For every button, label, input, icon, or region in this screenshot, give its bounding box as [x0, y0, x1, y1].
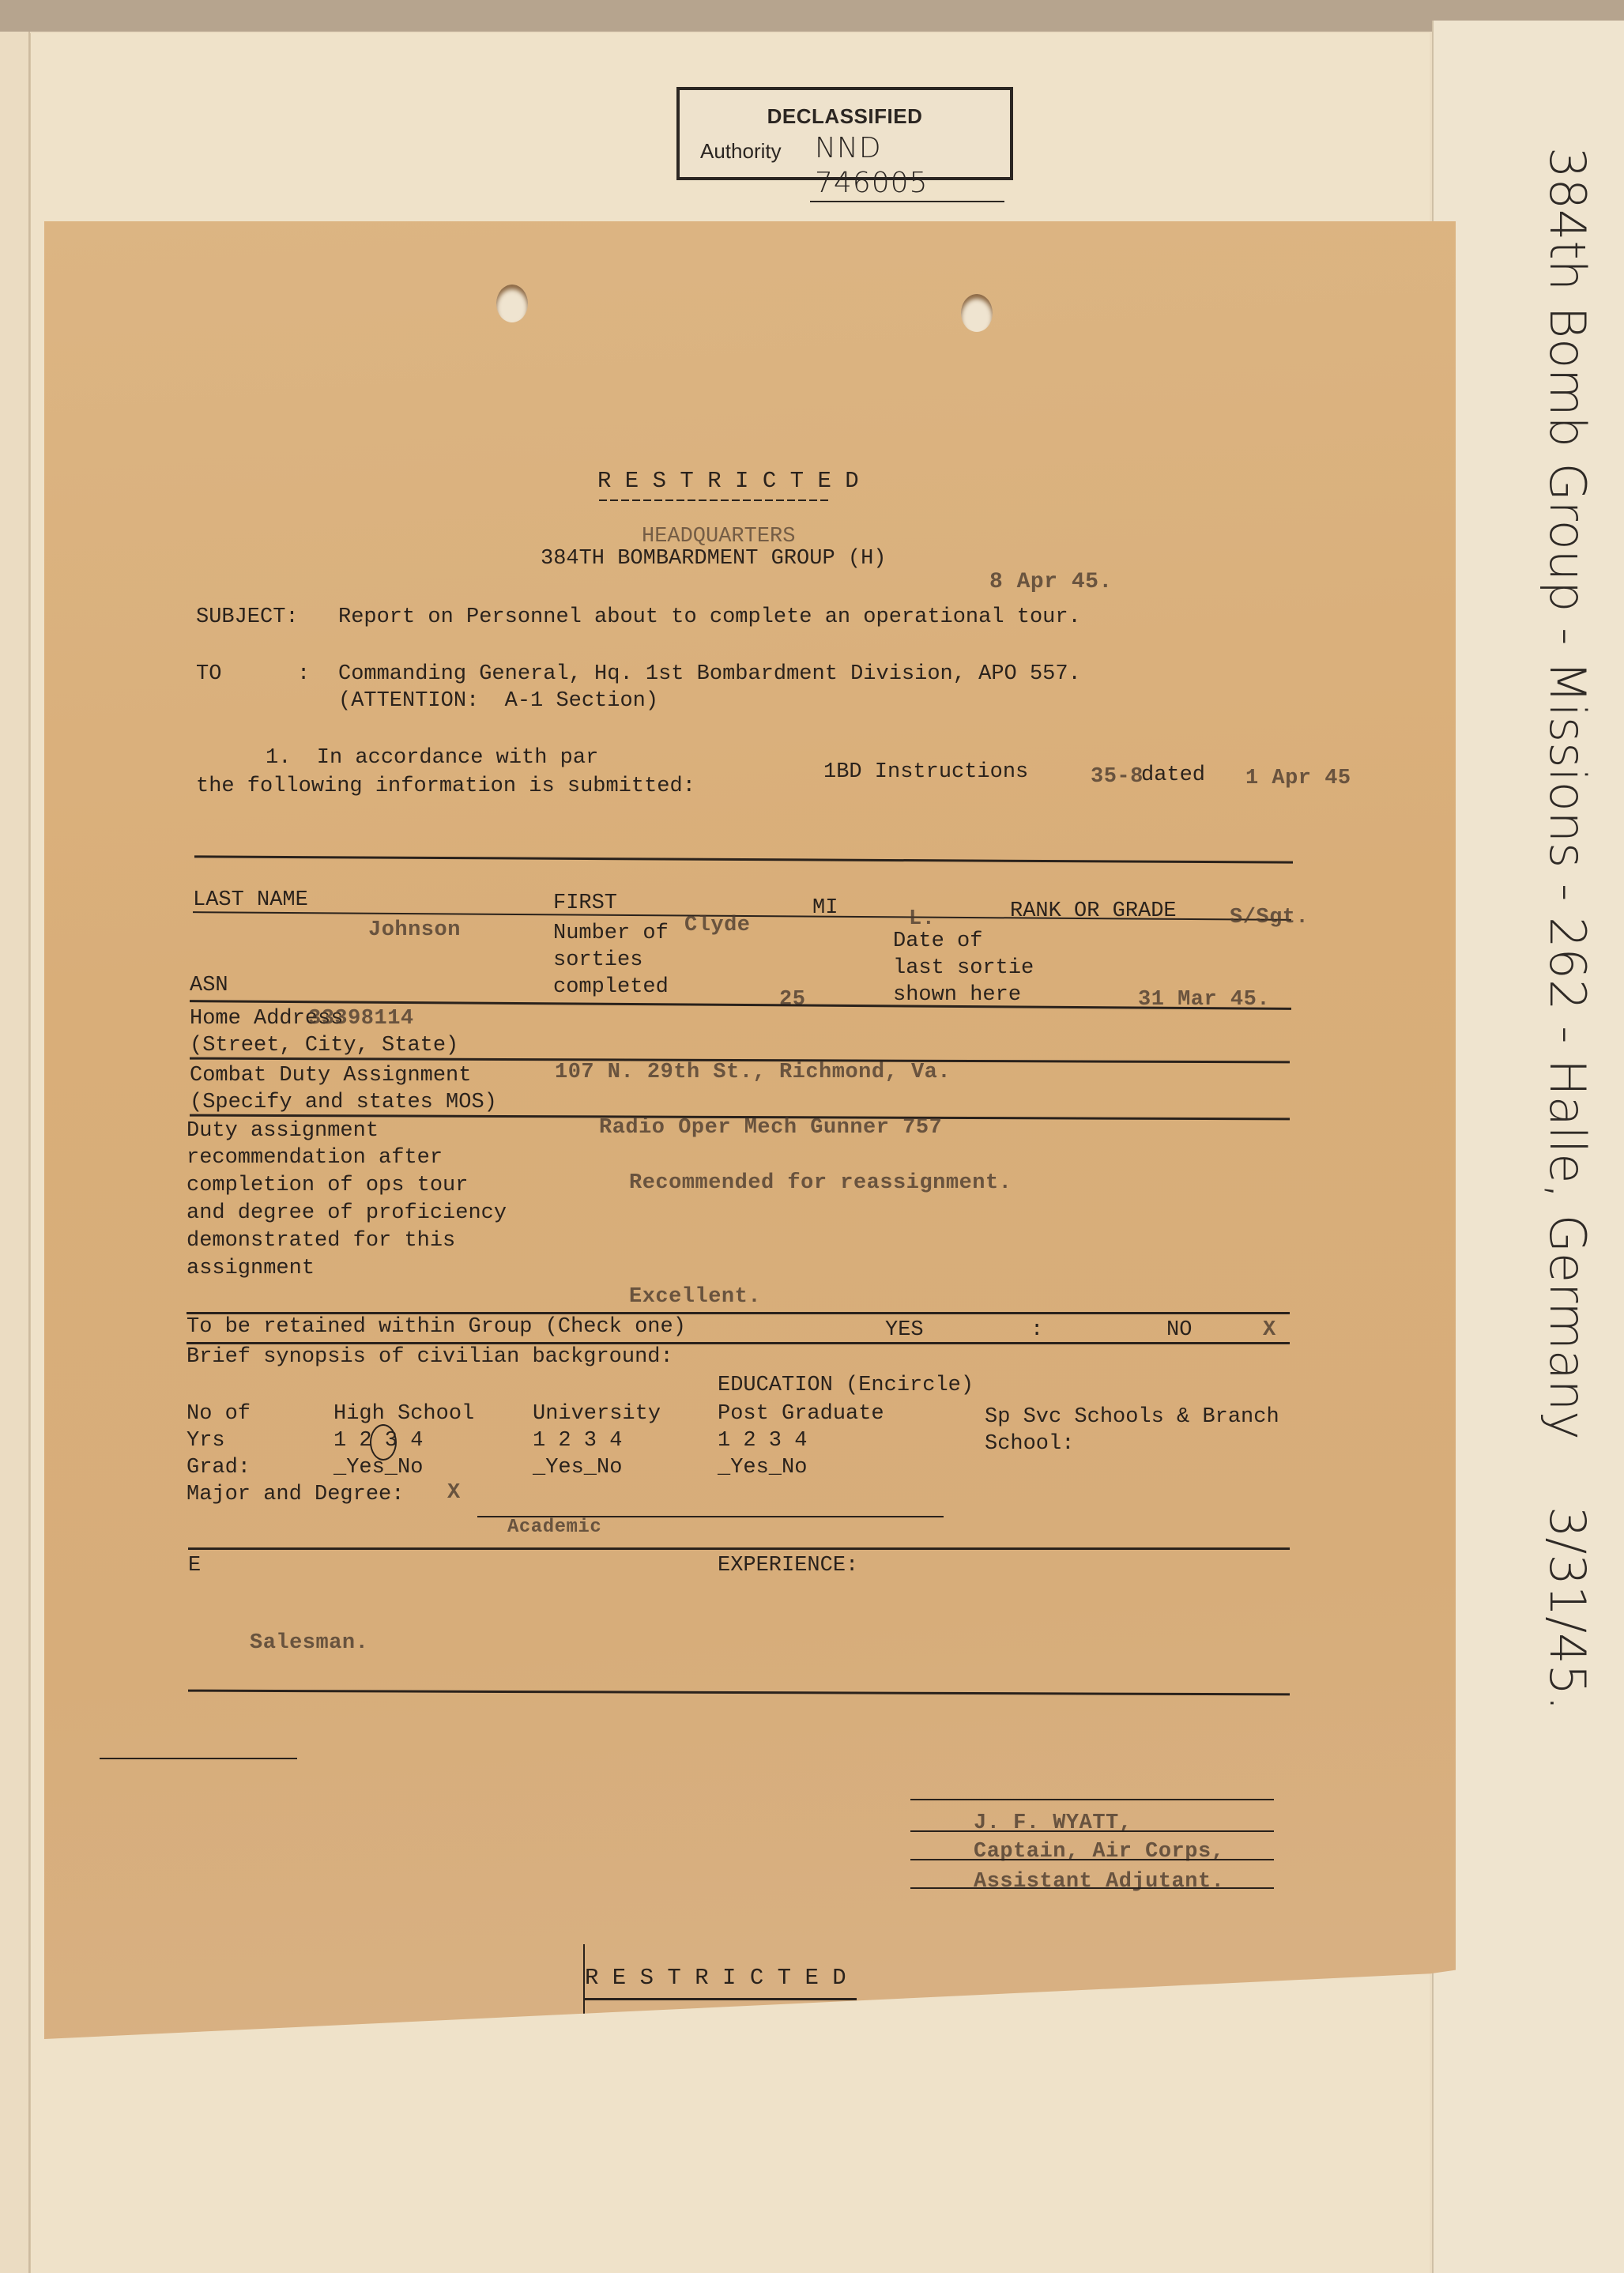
- duty-rec-label-1: Duty assignment: [187, 1118, 379, 1144]
- retained-label: To be retained within Group (Check one): [187, 1314, 686, 1340]
- signature-rank: Captain, Air Corps,: [974, 1838, 1224, 1865]
- combat-duty-label-2: (Specify and states MOS): [190, 1089, 497, 1116]
- asn-value: 33398114: [308, 1005, 414, 1032]
- sorties-label-3: completed: [553, 974, 669, 1001]
- last-name-value: Johnson: [368, 917, 461, 944]
- last-sortie-label-2: last sortie: [893, 955, 1034, 982]
- university-label: University: [533, 1400, 661, 1427]
- experience-bottom-rule: [188, 1690, 1290, 1696]
- punch-hole: [496, 285, 528, 322]
- duty-rec-label-4: and degree of proficiency: [187, 1200, 507, 1227]
- sorties-label-1: Number of: [553, 920, 669, 947]
- home-address-value: 107 N. 29th St., Richmond, Va.: [555, 1059, 951, 1086]
- retained-yes-option: YES: [885, 1317, 924, 1344]
- retained-no-option: NO: [1166, 1317, 1192, 1344]
- sp-svc-label-2: School:: [985, 1431, 1074, 1457]
- grad-label: Grad:: [187, 1454, 251, 1481]
- sorties-label-2: sorties: [553, 947, 642, 974]
- university-years: 1 2 3 4: [533, 1427, 622, 1454]
- education-label: EDUCATION (Encircle): [718, 1372, 974, 1399]
- experience-value: Salesman.: [250, 1630, 368, 1657]
- rank-value: S/Sgt.: [1230, 904, 1309, 931]
- last-name-label: LAST NAME: [193, 887, 308, 914]
- archive-label-sheet: 384th Bomb Group - Missions - 262 - Hall…: [1432, 21, 1624, 2273]
- home-address-label-2: (Street, City, State): [190, 1032, 458, 1059]
- civilian-background-label: Brief synopsis of civilian background:: [187, 1344, 673, 1370]
- dated-value: 1 Apr 45: [1245, 765, 1351, 792]
- punch-hole: [961, 294, 993, 332]
- duty-rec-label-2: recommendation after: [187, 1144, 443, 1171]
- rank-label: RANK OR GRADE: [1010, 898, 1177, 925]
- e-label: E: [188, 1552, 201, 1579]
- to-line-2: (ATTENTION: A-1 Section): [338, 688, 658, 714]
- high-school-grad: _Yes_No: [333, 1454, 423, 1481]
- experience-label: EXPERIENCE:: [718, 1552, 858, 1579]
- education-bottom-rule: [188, 1547, 1290, 1550]
- stamp-authority-label: Authority: [700, 139, 782, 164]
- staple-mark: [583, 1944, 585, 2023]
- no-of-label: No of: [187, 1400, 251, 1427]
- document-date: 8 Apr 45.: [989, 569, 1113, 596]
- signature-rule-3: [910, 1887, 1274, 1889]
- to-label: TO: [196, 661, 221, 688]
- high-school-label: High School: [333, 1400, 474, 1427]
- post-graduate-grad: _Yes_No: [718, 1454, 807, 1481]
- combat-duty-value: Radio Oper Mech Gunner 757: [599, 1114, 942, 1141]
- post-graduate-label: Post Graduate: [718, 1400, 884, 1427]
- signature-rule-2: [910, 1859, 1274, 1860]
- signature-name: J. F. WYATT,: [974, 1810, 1132, 1837]
- classification-underline: [599, 499, 828, 501]
- para1-line-1: 1. In accordance with par: [266, 744, 598, 771]
- subject-text: Report on Personnel about to complete an…: [338, 604, 1081, 631]
- proficiency-value: Excellent.: [629, 1284, 761, 1310]
- duty-recommendation-value: Recommended for reassignment.: [629, 1170, 1012, 1197]
- duty-rec-label-5: demonstrated for this: [187, 1227, 455, 1254]
- form-top-rule: [194, 855, 1293, 863]
- yrs-label: Yrs: [187, 1427, 225, 1454]
- first-name-value: Clyde: [684, 912, 751, 939]
- last-sortie-label-1: Date of: [893, 928, 982, 955]
- major-mark: X: [447, 1480, 461, 1506]
- major-value: Academic: [507, 1514, 601, 1541]
- stamp-authority-value: NND 746005: [810, 131, 1004, 202]
- stamp-title: DECLASSIFIED: [680, 104, 1010, 129]
- sp-svc-label-1: Sp Svc Schools & Branch: [985, 1404, 1279, 1431]
- signature-line: [910, 1799, 1274, 1800]
- major-degree-label: Major and Degree:: [187, 1481, 404, 1508]
- post-graduate-years: 1 2 3 4: [718, 1427, 807, 1454]
- duty-rec-label-3: completion of ops tour: [187, 1172, 468, 1199]
- classification-bottom-underline: [585, 1998, 857, 2000]
- sorties-value: 25: [779, 986, 805, 1013]
- classification-bottom: R E S T R I C T E D: [585, 1965, 846, 1992]
- org-line-2: 384TH BOMBARDMENT GROUP (H): [541, 545, 886, 572]
- university-grad: _Yes_No: [533, 1454, 622, 1481]
- declassified-stamp: DECLASSIFIED Authority NND 746005: [676, 87, 1013, 180]
- dated-label: dated: [1141, 762, 1205, 789]
- retained-check-mark: X: [1263, 1317, 1276, 1344]
- para1-line-2: the following information is submitted:: [196, 773, 695, 800]
- subject-label: SUBJECT:: [196, 604, 299, 631]
- to-colon: :: [297, 661, 310, 688]
- handwritten-date: 3/31/45.: [1539, 1506, 1596, 1711]
- handwritten-note: 384th Bomb Group - Missions - 262 - Hall…: [1539, 147, 1596, 1440]
- instructions-label: 1BD Instructions: [823, 759, 1028, 786]
- duty-rec-label-6: assignment: [187, 1255, 315, 1282]
- signature-title: Assistant Adjutant.: [974, 1868, 1224, 1895]
- margin-rule: [100, 1758, 297, 1759]
- asn-label: ASN: [190, 972, 228, 999]
- signature-rule-1: [910, 1830, 1274, 1832]
- document-page: R E S T R I C T E D HEADQUARTERS 384TH B…: [44, 221, 1456, 2039]
- retained-separator: :: [1031, 1317, 1043, 1344]
- mi-label: MI: [812, 895, 838, 922]
- instruction-number: 35-8: [1091, 763, 1144, 790]
- combat-duty-label-1: Combat Duty Assignment: [190, 1062, 471, 1089]
- first-label: FIRST: [553, 890, 617, 917]
- classification-top: R E S T R I C T E D: [597, 468, 859, 495]
- to-line-1: Commanding General, Hq. 1st Bombardment …: [338, 661, 1081, 688]
